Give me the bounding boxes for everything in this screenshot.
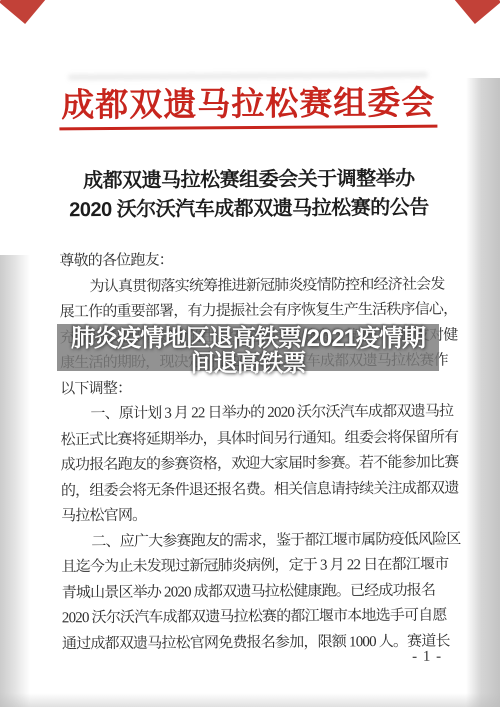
watermark-text-line1: 肺炎疫情地区退高铁票/2021疫情期 (57, 326, 439, 352)
photo-edge-right (466, 78, 500, 707)
body-line: 且迄今为止未发现过新冠肺炎病例，定于 3 月 22 日在都江堰市 (61, 553, 443, 581)
photo-edge-bottom (0, 693, 500, 707)
body-line: 青城山景区举办 2020 成都双遗马拉松健康跑。已经成功报名 (62, 578, 444, 606)
announcement-title-line1: 成都双遗马拉松赛组委会关于调整举办 (83, 168, 415, 192)
page-number: - 1 - (412, 649, 442, 666)
watermark-overlay: 肺炎疫情地区退高铁票/2021疫情期 间退高铁票 (57, 324, 439, 371)
body-line-item1: 一、原计划 3 月 22 日举办的 2020 沃尔沃汽车成都双遗马拉 (60, 400, 442, 428)
body-line: 为认真贯彻落实统筹推进新冠肺炎疫情防控和经济社会发 (59, 272, 441, 300)
body-line: 展工作的重要部署，有力提振社会有序恢复生产生活秩序信心， (60, 298, 442, 326)
org-banner: 成都双遗马拉松赛组委会 (0, 82, 498, 130)
announcement-title-line2: 2020 沃尔沃汽车成都双遗马拉松赛的公告 (69, 196, 429, 221)
watermark-text-line2: 间退高铁票 (57, 351, 439, 377)
photo-smudge (68, 72, 428, 81)
announcement-title: 成都双遗马拉松赛组委会关于调整举办 2020 沃尔沃汽车成都双遗马拉松赛的公告 (29, 164, 469, 224)
body-line-item2: 二、应广大参赛跑友的需求，鉴于都江堰市属防疫低风险区 (61, 527, 443, 555)
document-photo: 成都双遗马拉松赛组委会 成都双遗马拉松赛组委会关于调整举办 2020 沃尔沃汽车… (0, 0, 500, 707)
body-line: 以下调整： (60, 374, 442, 402)
body-line: 2020 沃尔沃汽车成都双遗马拉松赛的都江堰市本地选手可自愿 (62, 604, 444, 632)
body-line: 马拉松官网。 (61, 502, 443, 530)
banner-title: 成都双遗马拉松赛组委会 (59, 83, 437, 131)
body-line: 成功报名跑友的参赛资格，欢迎大家届时参赛。若不能参加比赛 (61, 451, 443, 479)
salutation-line: 尊敬的各位跑友： (59, 247, 441, 275)
body-line: 的，组委会将无条件退还报名费。相关信息请持续关注成都双遗 (61, 476, 443, 504)
body-line: 通过成都双遗马拉松官网免费报名参加，限额 1000 人。赛道长 (62, 629, 444, 657)
body-line: 松正式比赛将延期举办，具体时间另行通知。组委会将保留所有 (61, 425, 443, 453)
photo-edge-left (0, 255, 30, 707)
announcement-body: 尊敬的各位跑友： 为认真贯彻落实统筹推进新冠肺炎疫情防控和经济社会发 展工作的重… (59, 247, 444, 658)
